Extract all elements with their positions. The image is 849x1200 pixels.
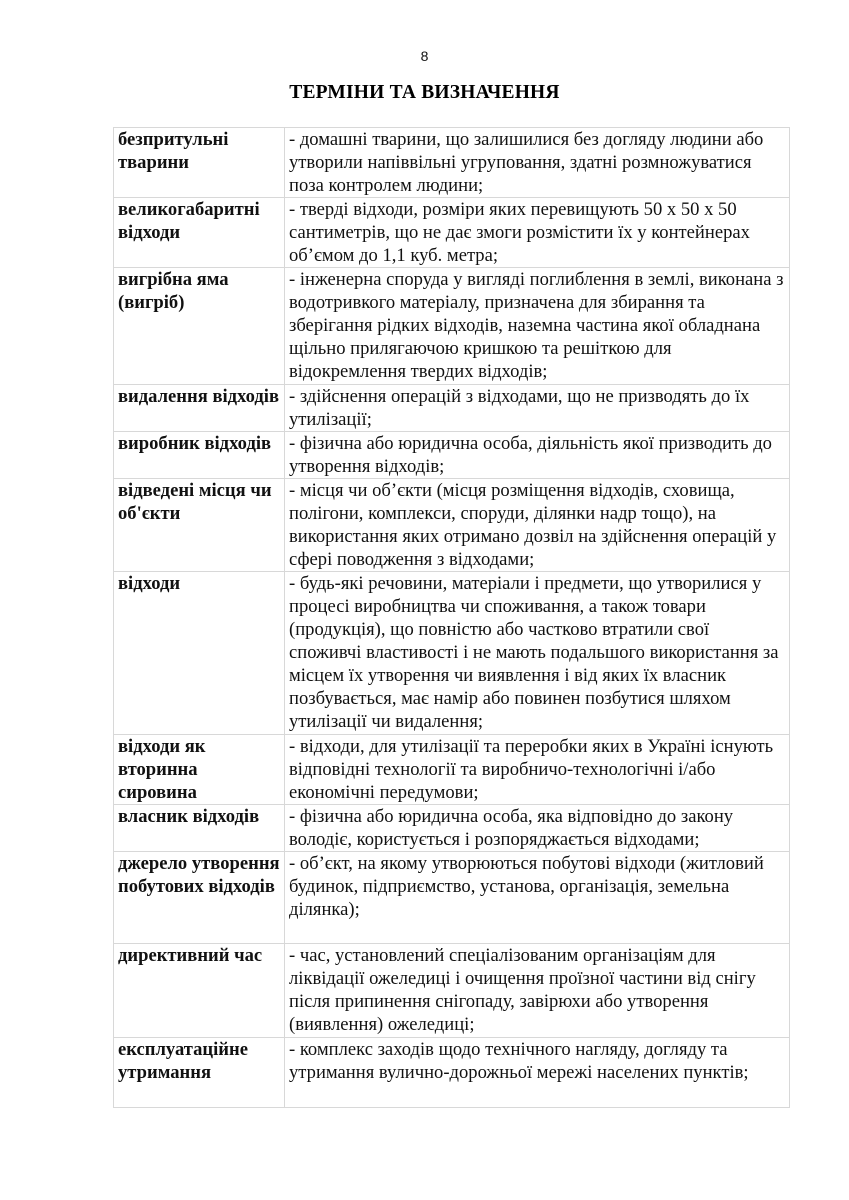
table-row: відведені місця чи об'єкти - місця чи об…	[114, 479, 790, 572]
term-cell: експлуатаційне утримання	[114, 1038, 285, 1108]
table-row: видалення відходів - здійснення операцій…	[114, 385, 790, 432]
definition-cell: - фізична або юридична особа, діяльність…	[285, 432, 790, 479]
table-row: вигрібна яма (вигріб) - інженерна споруд…	[114, 268, 790, 385]
term-cell: виробник відходів	[114, 432, 285, 479]
term-cell: власник відходів	[114, 805, 285, 852]
term-cell: видалення відходів	[114, 385, 285, 432]
table-row: джерело утворення побутових відходів - о…	[114, 852, 790, 944]
definition-cell: - комплекс заходів щодо технічного нагля…	[285, 1038, 790, 1108]
term-cell: відходи	[114, 572, 285, 735]
definition-cell: - будь-які речовини, матеріали і предмет…	[285, 572, 790, 735]
term-cell: вигрібна яма (вигріб)	[114, 268, 285, 385]
definition-cell: - місця чи об’єкти (місця розміщення від…	[285, 479, 790, 572]
definition-cell: - об’єкт, на якому утворюються побутові …	[285, 852, 790, 944]
definition-cell: - здійснення операцій з відходами, що не…	[285, 385, 790, 432]
term-cell: відходи як вторинна сировина	[114, 735, 285, 805]
page-title: ТЕРМІНИ ТА ВИЗНАЧЕННЯ	[0, 82, 849, 104]
terms-table: безпритульні тварини - домашні тварини, …	[113, 127, 790, 1108]
table-row: великогабаритні відходи - тверді відходи…	[114, 198, 790, 268]
page-number: 8	[0, 48, 849, 64]
table-row: власник відходів - фізична або юридична …	[114, 805, 790, 852]
term-cell: відведені місця чи об'єкти	[114, 479, 285, 572]
term-cell: джерело утворення побутових відходів	[114, 852, 285, 944]
definition-cell: - інженерна споруда у вигляді поглибленн…	[285, 268, 790, 385]
definition-cell: - тверді відходи, розміри яких перевищую…	[285, 198, 790, 268]
table-row: директивний час - час, установлений спец…	[114, 944, 790, 1038]
definition-cell: - час, установлений спеціалізованим орга…	[285, 944, 790, 1038]
definition-cell: - фізична або юридична особа, яка відпов…	[285, 805, 790, 852]
term-cell: директивний час	[114, 944, 285, 1038]
term-cell: великогабаритні відходи	[114, 198, 285, 268]
table-row: безпритульні тварини - домашні тварини, …	[114, 128, 790, 198]
definition-cell: - відходи, для утилізації та переробки я…	[285, 735, 790, 805]
table-row: відходи як вторинна сировина - відходи, …	[114, 735, 790, 805]
definition-cell: - домашні тварини, що залишилися без дог…	[285, 128, 790, 198]
table-row: експлуатаційне утримання - комплекс захо…	[114, 1038, 790, 1108]
term-cell: безпритульні тварини	[114, 128, 285, 198]
table-row: відходи - будь-які речовини, матеріали і…	[114, 572, 790, 735]
table-row: виробник відходів - фізична або юридична…	[114, 432, 790, 479]
